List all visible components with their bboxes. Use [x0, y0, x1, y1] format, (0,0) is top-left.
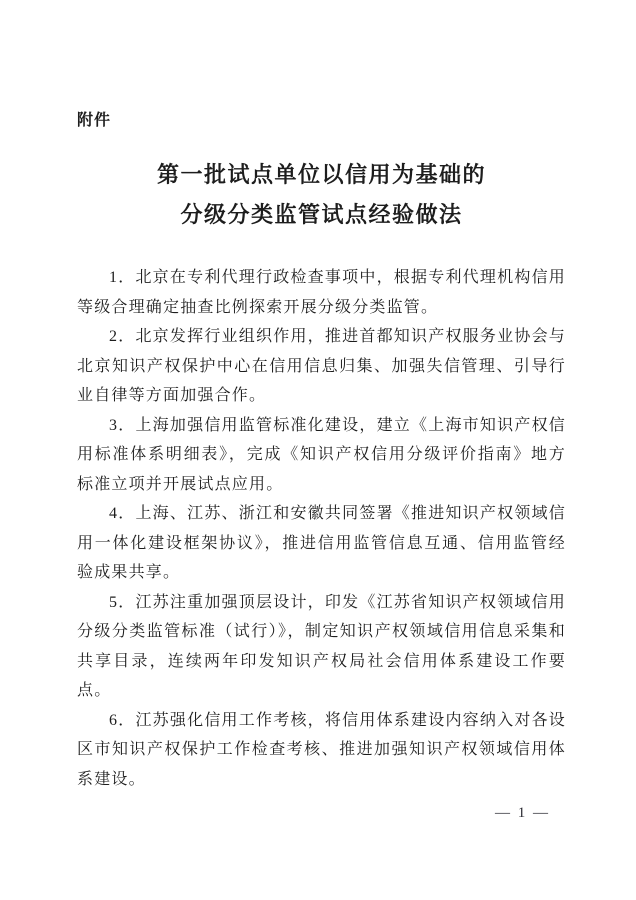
document-title-line-1: 第一批试点单位以信用为基础的 [77, 155, 566, 195]
document-content: 附件 第一批试点单位以信用为基础的 分级分类监管试点经验做法 1．北京在专利代理… [77, 0, 566, 794]
paragraph-1: 1．北京在专利代理行政检查事项中，根据专利代理机构信用等级合理确定抽查比例探索开… [77, 263, 566, 322]
document-body: 1．北京在专利代理行政检查事项中，根据专利代理机构信用等级合理确定抽查比例探索开… [77, 263, 566, 794]
page-number: — 1 — [495, 805, 550, 822]
document-title-line-2: 分级分类监管试点经验做法 [77, 195, 566, 235]
paragraph-2: 2．北京发挥行业组织作用，推进首都知识产权服务业协会与北京知识产权保护中心在信用… [77, 322, 566, 411]
document-title: 第一批试点单位以信用为基础的 分级分类监管试点经验做法 [77, 155, 566, 235]
paragraph-5: 5．江苏注重加强顶层设计，印发《江苏省知识产权领域信用分级分类监管标准（试行）》… [77, 588, 566, 706]
attachment-label: 附件 [77, 111, 566, 130]
paragraph-6: 6．江苏强化信用工作考核，将信用体系建设内容纳入对各设区市知识产权保护工作检查考… [77, 706, 566, 795]
document-page: 附件 第一批试点单位以信用为基础的 分级分类监管试点经验做法 1．北京在专利代理… [0, 0, 636, 900]
paragraph-4: 4．上海、江苏、浙江和安徽共同签署《推进知识产权领域信用一体化建设框架协议》，推… [77, 499, 566, 588]
paragraph-3: 3．上海加强信用监管标准化建设，建立《上海市知识产权信用标准体系明细表》，完成《… [77, 411, 566, 500]
